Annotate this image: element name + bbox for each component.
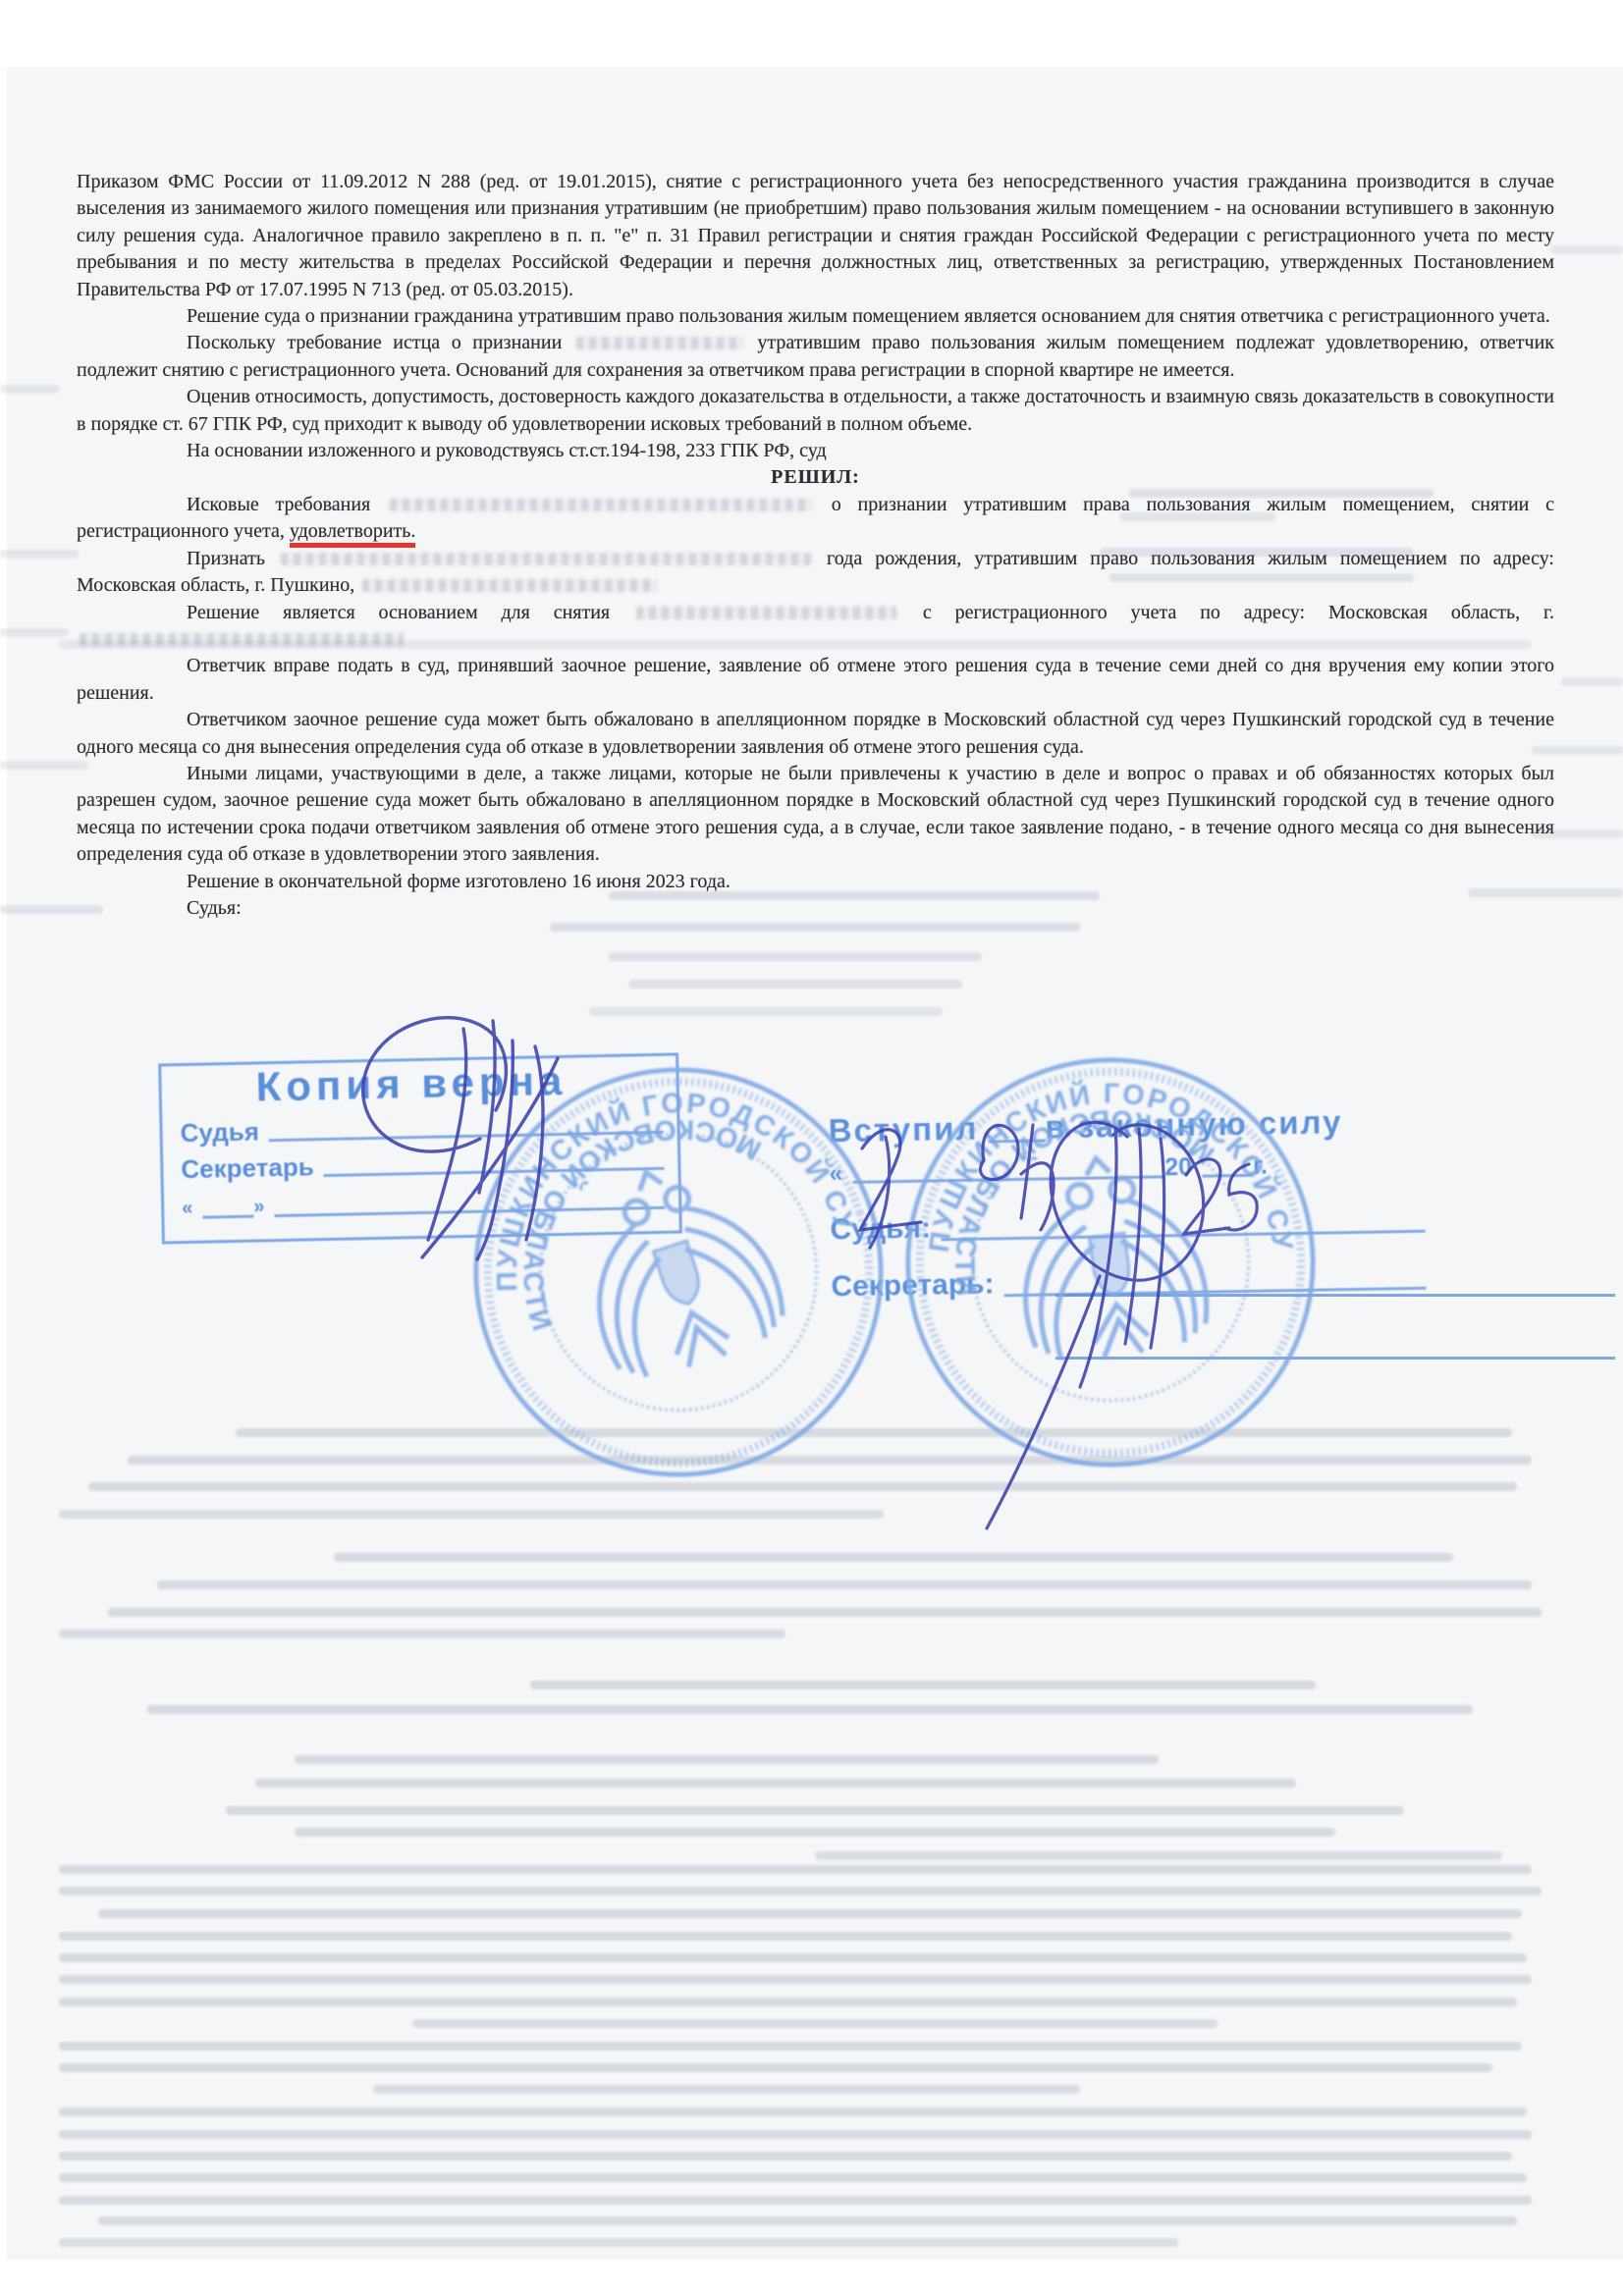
red-underlined-word: удовлетворить.: [290, 520, 416, 548]
force-rest: в законную силу: [1045, 1103, 1343, 1146]
bleed-through-artifact: [59, 1953, 1527, 1962]
redaction-smudge: [636, 607, 896, 619]
bleed-through-artifact: [530, 1681, 1316, 1689]
bleed-through-artifact: [59, 2108, 1527, 2116]
document-paragraph: Поскольку требование истца о признании у…: [77, 330, 1554, 384]
blank-line: [989, 1139, 1046, 1143]
bleed-through-artifact: [373, 2085, 1080, 2094]
copy-stamp-judge-row: Судья: [180, 1108, 664, 1148]
bleed-through-artifact: [59, 1932, 1512, 1941]
bleed-through-artifact: [255, 1779, 1296, 1788]
date-line: [852, 1175, 1164, 1184]
bleed-through-artifact: [59, 2042, 1522, 2051]
secretary-label: Секретарь: [181, 1151, 314, 1184]
year-suffix: г.: [1253, 1151, 1268, 1181]
redaction-smudge: [576, 337, 743, 349]
bleed-through-artifact: [59, 1629, 785, 1638]
bleed-through-artifact: [59, 2130, 1532, 2139]
year-prefix: 20: [1164, 1152, 1192, 1182]
bleed-through-artifact: [59, 2196, 1532, 2205]
bleed-through-artifact: [236, 1428, 1512, 1437]
bleed-through-artifact: [295, 1828, 1335, 1837]
redaction-smudge: [362, 579, 657, 592]
copy-stamp-date-row: « »: [182, 1184, 666, 1223]
bleed-through-artifact: [609, 952, 982, 961]
judge-label: Судья:: [830, 1211, 931, 1247]
bleed-through-artifact: [59, 1865, 1532, 1874]
bleed-through-artifact: [1551, 245, 1623, 254]
document-paragraph: Ответчик вправе подать в суд, принявший …: [77, 653, 1554, 707]
date-line: [203, 1215, 254, 1219]
bleed-through-artifact: [589, 1007, 943, 1016]
bleed-through-artifact: [59, 1510, 884, 1519]
redaction-smudge: [281, 553, 811, 565]
signature-line: [269, 1131, 664, 1142]
force-stamp-date-row: « 20 г.: [829, 1148, 1424, 1189]
document-paragraph: Решение является основанием для снятия с…: [77, 600, 1554, 654]
bleed-through-artifact: [226, 1806, 1404, 1815]
judge-label: Судья: [180, 1116, 259, 1148]
open-quote: «: [829, 1158, 842, 1188]
copy-stamp-title: Копия верна: [255, 1056, 676, 1110]
bleed-through-artifact: [59, 1975, 1532, 1984]
bleed-through-artifact: [59, 2173, 1527, 2182]
redaction-smudge: [80, 633, 404, 646]
signature-line: [941, 1230, 1425, 1242]
open-quote: «: [182, 1194, 193, 1223]
bleed-through-artifact: [1561, 677, 1623, 686]
bleed-through-artifact: [98, 1909, 1522, 1918]
bleed-through-artifact: [88, 1482, 1517, 1491]
document-paragraph: Оценив относимость, допустимость, достов…: [77, 384, 1554, 438]
bleed-through-artifact: [147, 1705, 1473, 1714]
bleed-through-artifact: [59, 2152, 1512, 2161]
entered-into-force-stamp: Вступил в законную силу « 20 г. Судья: С…: [828, 1102, 1426, 1305]
bleed-through-artifact: [157, 1580, 1532, 1589]
scanned-court-decision-page: Приказом ФМС России от 11.09.2012 N 288 …: [0, 0, 1623, 2296]
document-paragraph: Решение суда о признании гражданина утра…: [77, 303, 1554, 330]
bleed-through-artifact: [815, 1851, 1502, 1860]
secretary-label: Секретарь:: [831, 1267, 995, 1304]
document-paragraph: Признать года рождения, утратившим право…: [77, 546, 1554, 600]
document-paragraph: Иными лицами, участвующими в деле, а так…: [77, 761, 1554, 869]
bleed-through-artifact: [0, 550, 79, 559]
signature-line: [324, 1167, 665, 1177]
bleed-through-artifact: [334, 1553, 1453, 1562]
bleed-through-artifact: [59, 1998, 1517, 2006]
bleed-through-artifact: [0, 761, 88, 770]
bleed-through-artifact: [108, 1608, 1542, 1617]
year-line: [1202, 1174, 1253, 1178]
bleed-through-artifact: [128, 1456, 1532, 1465]
force-word: Вступил: [828, 1110, 978, 1150]
document-paragraph: Ответчиком заочное решение суда может бы…: [77, 707, 1554, 761]
bleed-through-artifact: [98, 2216, 1517, 2225]
bleed-through-artifact: [295, 1755, 1159, 1764]
redaction-smudge: [390, 499, 812, 511]
copy-certified-stamp: Копия верна Судья Секретарь « »: [158, 1052, 682, 1244]
signature-line: [1055, 1357, 1615, 1360]
copy-stamp-secretary-row: Секретарь: [181, 1145, 665, 1184]
document-text: Приказом ФМС России от 11.09.2012 N 288 …: [77, 169, 1554, 922]
bleed-through-artifact: [0, 628, 69, 637]
bleed-through-artifact: [628, 980, 962, 988]
signature-line: [1055, 1294, 1615, 1297]
bleed-through-artifact: [550, 923, 1080, 932]
document-paragraph: На основании изложенного и руководствуяс…: [77, 438, 1554, 464]
document-paragraph: Решение в окончательной форме изготовлен…: [77, 869, 1554, 895]
document-paragraph: РЕШИЛ:: [77, 464, 1554, 491]
bleed-through-artifact: [59, 2238, 1178, 2247]
document-paragraph: Исковые требования о признании утративши…: [77, 492, 1554, 546]
bleed-through-artifact: [412, 2019, 1217, 2028]
document-paragraph: Приказом ФМС России от 11.09.2012 N 288 …: [77, 169, 1554, 303]
force-stamp-judge-row: Судья:: [830, 1203, 1426, 1248]
document-paragraph: Судья:: [77, 895, 1554, 922]
close-quote: »: [253, 1192, 265, 1221]
bleed-through-artifact: [0, 385, 59, 394]
date-line: [275, 1206, 666, 1217]
bleed-through-artifact: [59, 2063, 1492, 2072]
bleed-through-artifact: [59, 1887, 1542, 1896]
